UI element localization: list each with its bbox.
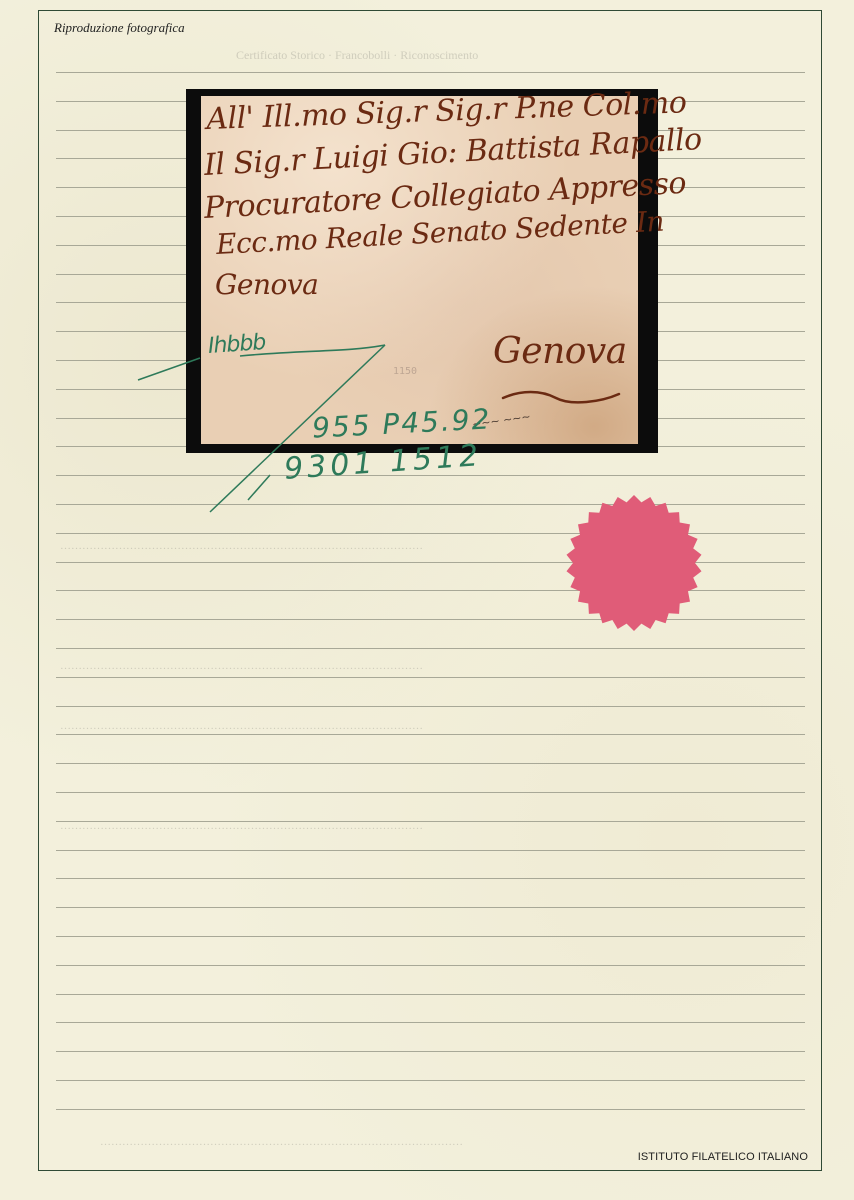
ruled-line [56,850,805,851]
ruled-line [56,706,805,707]
ruled-line [56,792,805,793]
show-through-text: ……………………………………………………………………………………… [60,660,423,672]
header-label: Riproduzione fotografica [54,20,185,36]
show-through-text: Certificato Storico · Francobolli · Rico… [236,48,478,63]
show-through-text: ……………………………………………………………………………………… [60,720,423,732]
flourish-icon [501,386,621,406]
origin-postmark: Genova [493,331,627,372]
show-through-text: ……………………………………………………………………………………… [60,820,423,832]
ruled-line [56,936,805,937]
certificate-seal-icon [565,494,703,632]
ruled-line [56,763,805,764]
ruled-line [56,878,805,879]
green-annotation-1: Ihbbb [207,330,266,359]
ruled-line [56,1109,805,1110]
ruled-line [56,72,805,73]
ruled-line [56,1051,805,1052]
ruled-line [56,994,805,995]
footer-label: ISTITUTO FILATELICO ITALIANO [638,1151,808,1163]
faint-stamp: 1150 [393,366,417,377]
postal-cover: All' Ill.mo Sig.r Sig.r P.ne Col.mo Il S… [201,96,638,444]
ruled-line [56,1080,805,1081]
show-through-text: ……………………………………………………………………………………… [100,1136,463,1148]
ruled-line [56,648,805,649]
address-line-5: Genova [215,268,318,301]
ruled-line [56,965,805,966]
show-through-text: ……………………………………………………………………………………… [60,540,423,552]
ruled-line [56,1022,805,1023]
ruled-line [56,677,805,678]
ruled-line [56,907,805,908]
ruled-line [56,734,805,735]
